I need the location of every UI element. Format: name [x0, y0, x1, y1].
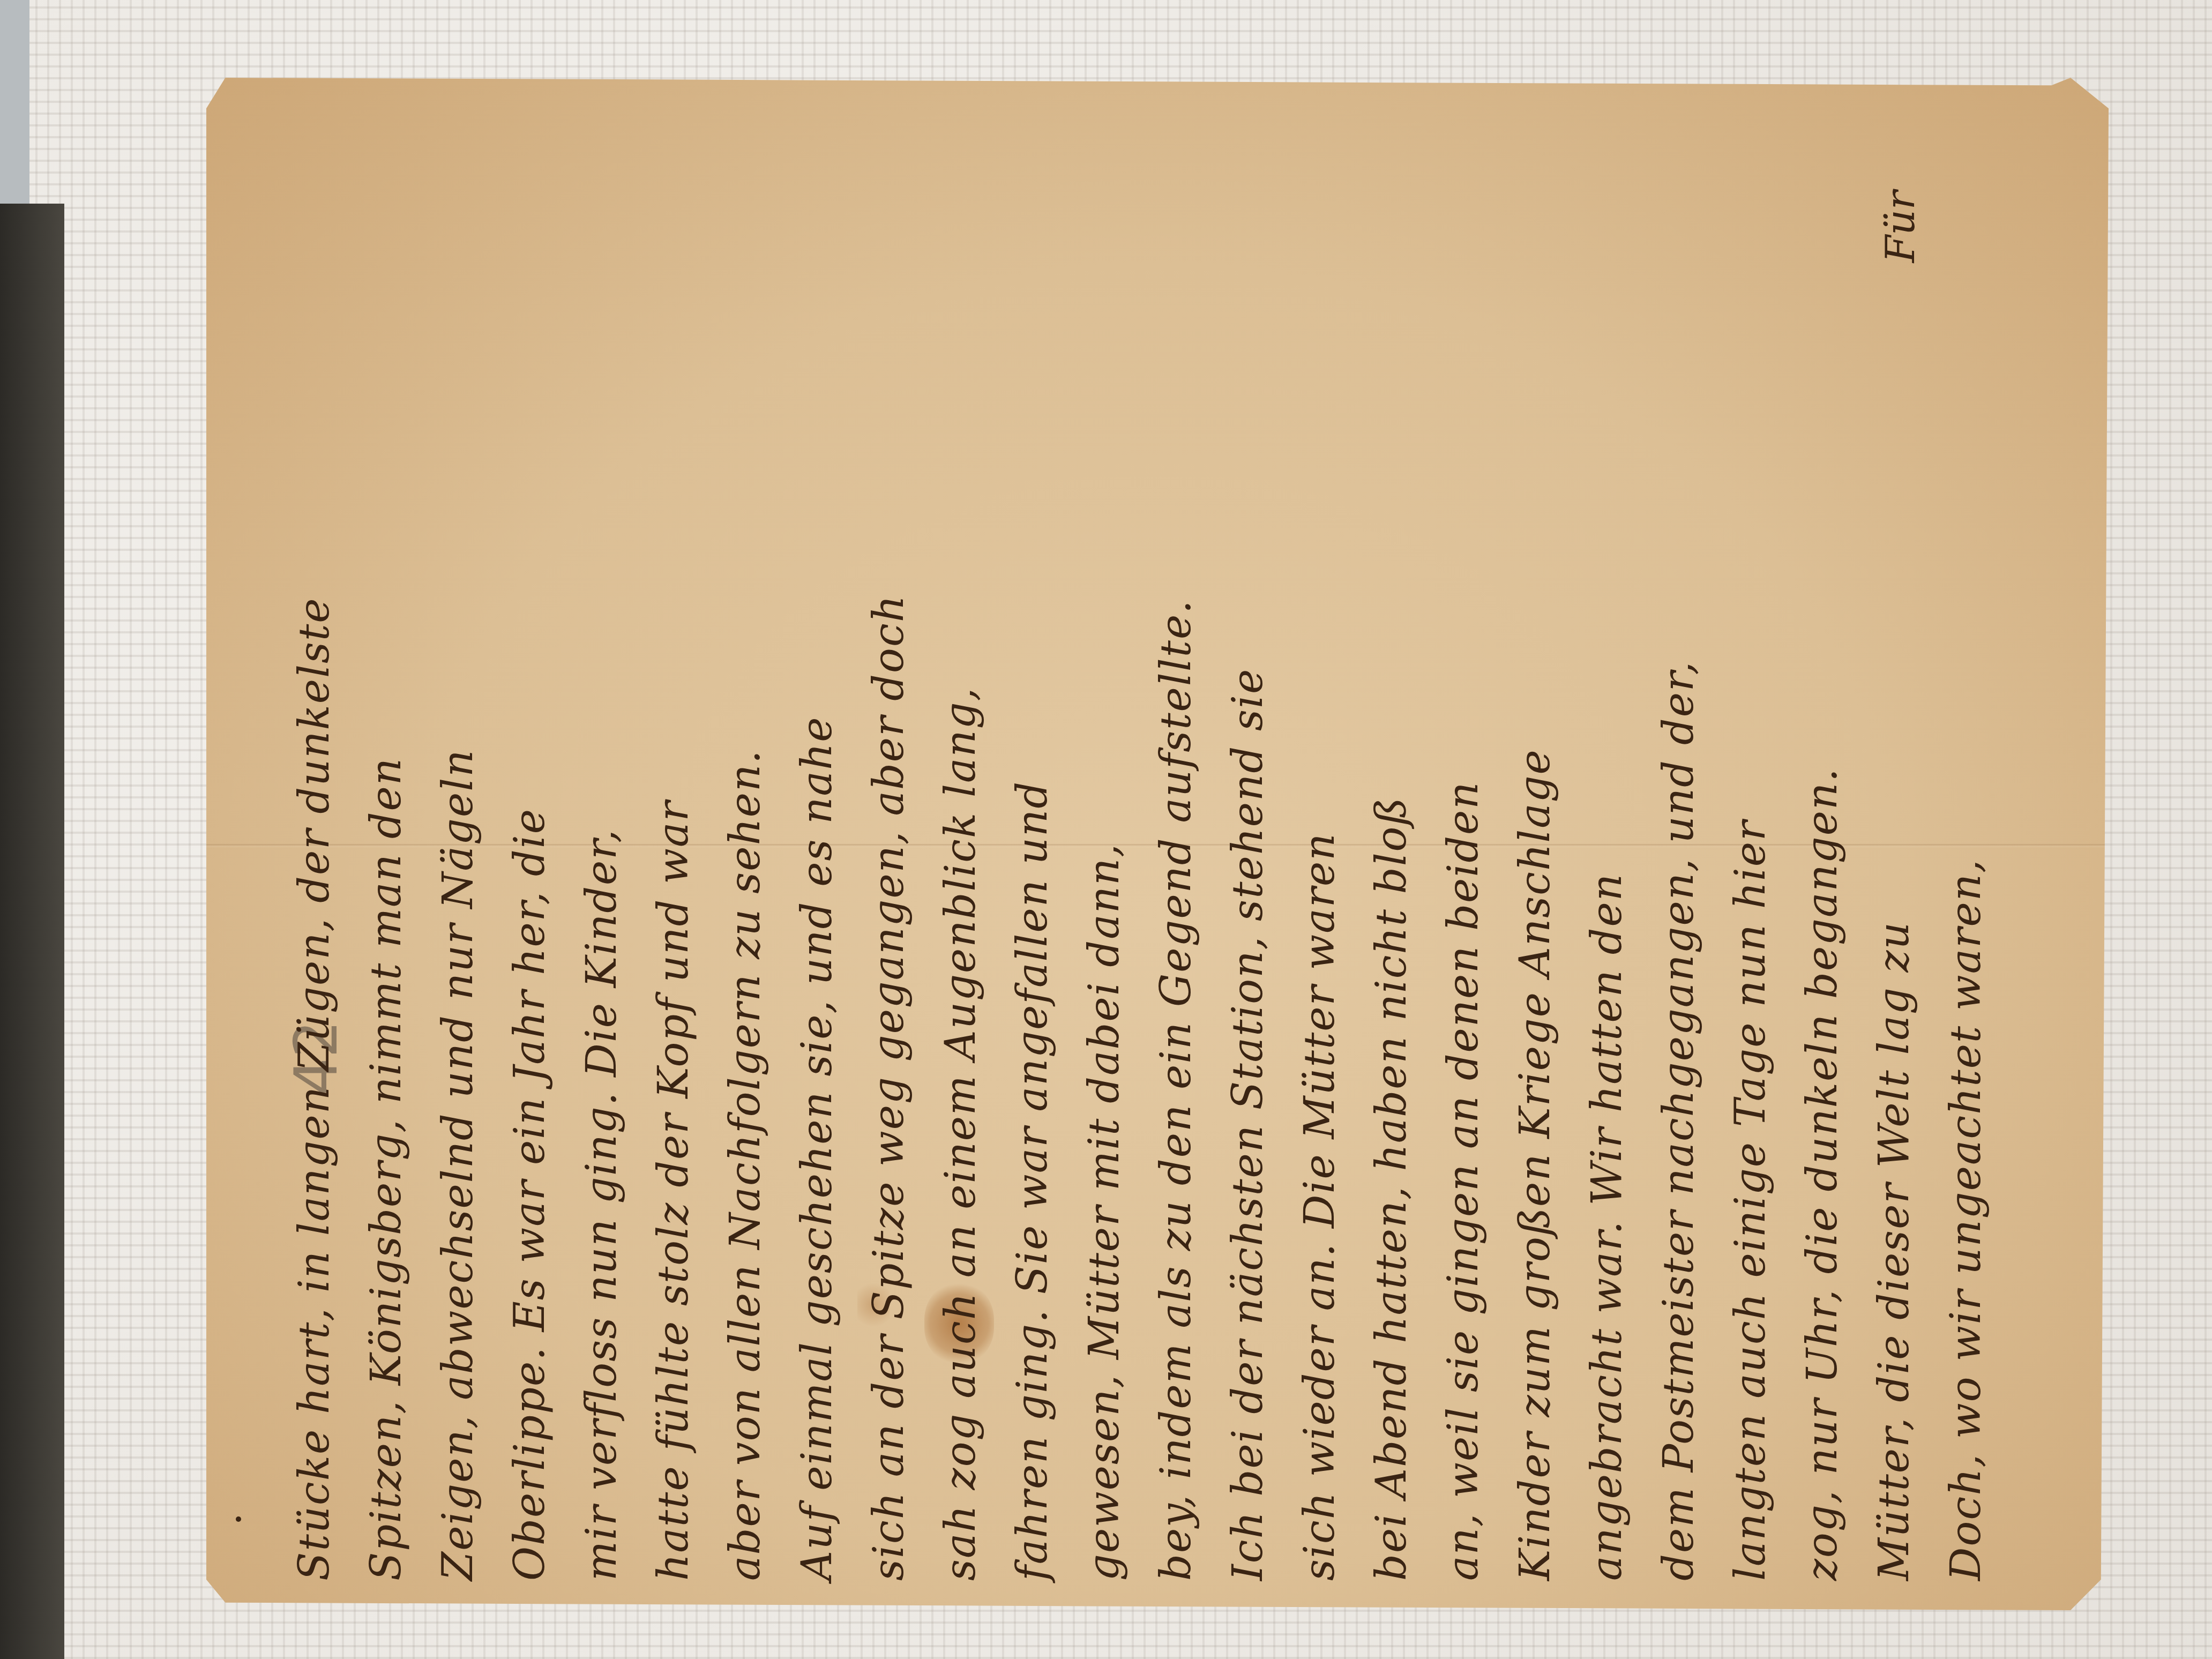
- text-line: langten auch einige Tage nun hier: [1715, 852, 1787, 1581]
- text-line: Doch, wo wir ungeachtet waren,: [1930, 852, 2002, 1581]
- grey-card-edge: [0, 0, 29, 204]
- text-line: angebracht war. Wir hatten den: [1571, 852, 1643, 1581]
- text-line: gewesen, Mütter mit dabei dann,: [1068, 852, 1140, 1581]
- text-line: Spitzen, Königsberg, nimmt man den: [350, 852, 422, 1581]
- text-line: hatte fühlte stolz der Kopf und war: [638, 852, 709, 1581]
- text-line: aber von allen Nachfolgern zu sehen.: [709, 852, 781, 1581]
- text-line: sah zog auch an einem Augenblick lang,: [925, 852, 997, 1581]
- handwritten-text-block: Stücke hart, in langen Zügen, der dunkel…: [279, 852, 2036, 1581]
- text-line: mir verfloss nun ging. Die Kinder,: [566, 852, 638, 1581]
- ink-dot: [236, 1516, 241, 1522]
- dark-table-edge: [0, 204, 64, 1659]
- text-line: an, weil sie gingen an denen beiden: [1428, 852, 1499, 1581]
- catchword: Für: [1878, 191, 1924, 263]
- text-line: bei Abend hatten, haben nicht bloß: [1356, 852, 1428, 1581]
- text-line: fahren ging. Sie war angefallen und: [997, 852, 1068, 1581]
- text-line: Zeigen, abwechselnd und nur Nägeln: [422, 852, 494, 1581]
- text-line: Auf einmal geschehen sie, und es nahe: [781, 852, 853, 1581]
- text-line: sich an der Spitze weg gegangen, aber do…: [853, 852, 925, 1581]
- text-line: bey, indem als zu den ein Gegend aufstel…: [1140, 852, 1212, 1581]
- text-line: Stücke hart, in langen Zügen, der dunkel…: [279, 852, 350, 1581]
- text-line: Oberlippe. Es war ein Jahr her, die: [494, 852, 566, 1581]
- text-line: zog, nur Uhr, die dunkeln begangen.: [1787, 852, 1858, 1581]
- text-line: Mütter, die dieser Welt lag zu: [1858, 852, 1930, 1581]
- text-line: Kinder zum großen Kriege Anschlage: [1499, 852, 1571, 1581]
- text-line: sich wieder an. Die Mütter waren: [1284, 852, 1356, 1581]
- text-line: dem Postmeister nachgegangen, und der,: [1643, 852, 1715, 1581]
- text-line: Ich bei der nächsten Station, stehend si…: [1212, 852, 1284, 1581]
